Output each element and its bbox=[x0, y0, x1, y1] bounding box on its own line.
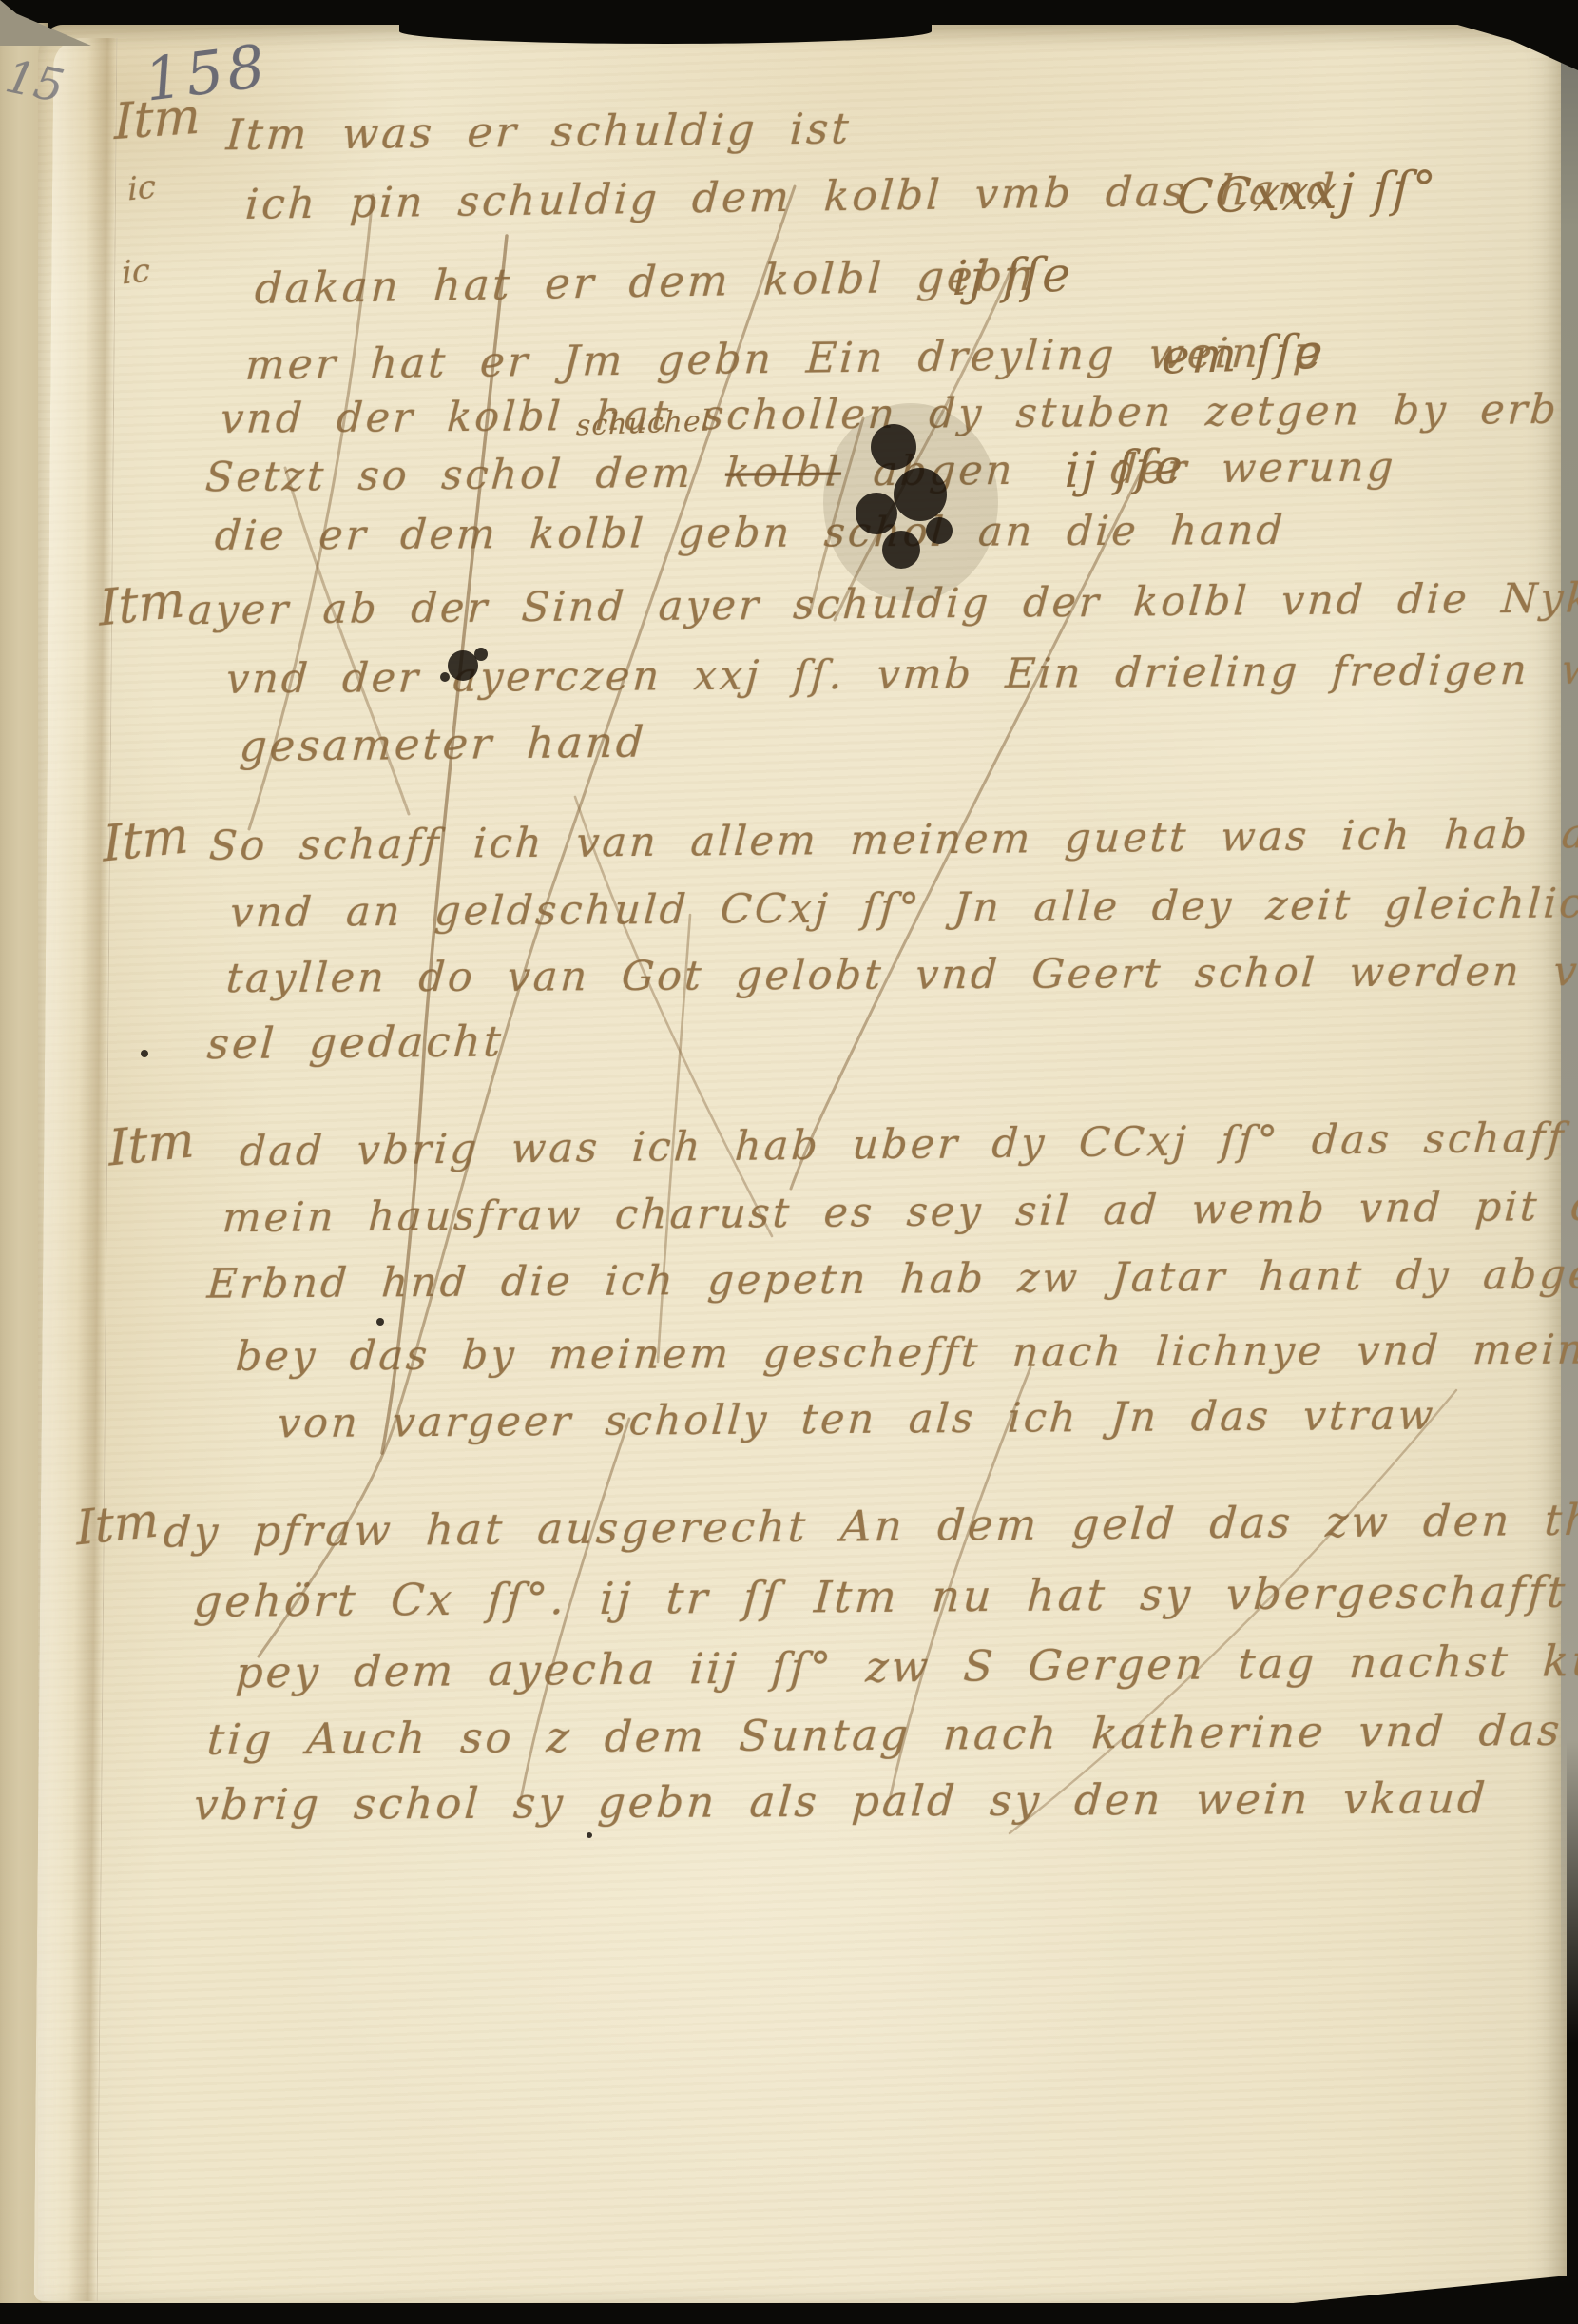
ink-blot bbox=[856, 493, 897, 534]
cancellation-stroke bbox=[658, 915, 690, 1362]
cancellation-stroke bbox=[249, 195, 373, 829]
ink-blot bbox=[926, 517, 953, 544]
ink-blot bbox=[141, 1050, 148, 1057]
cancellation-stroke bbox=[890, 1367, 1030, 1799]
ink-blot bbox=[587, 1832, 592, 1838]
cancellation-stroke bbox=[285, 468, 409, 814]
cancellation-stroke bbox=[575, 797, 772, 1236]
cancellation-stroke bbox=[1010, 1390, 1456, 1833]
ink-blot bbox=[440, 672, 450, 682]
ink-blot bbox=[894, 468, 947, 521]
ink-blot bbox=[376, 1318, 384, 1326]
cancellation-stroke bbox=[382, 236, 507, 1453]
ink-blot bbox=[871, 424, 916, 470]
cancellation-stroke bbox=[259, 186, 795, 1656]
cancellation-strokes-and-blots bbox=[0, 0, 1578, 2324]
ink-blot bbox=[474, 648, 488, 661]
ink-blot bbox=[448, 650, 478, 681]
ink-blot bbox=[882, 531, 920, 569]
manuscript-scan: 158 15 ItmItm was er schuldig isticich p… bbox=[0, 0, 1578, 2324]
cancellation-stroke bbox=[521, 1419, 629, 1799]
